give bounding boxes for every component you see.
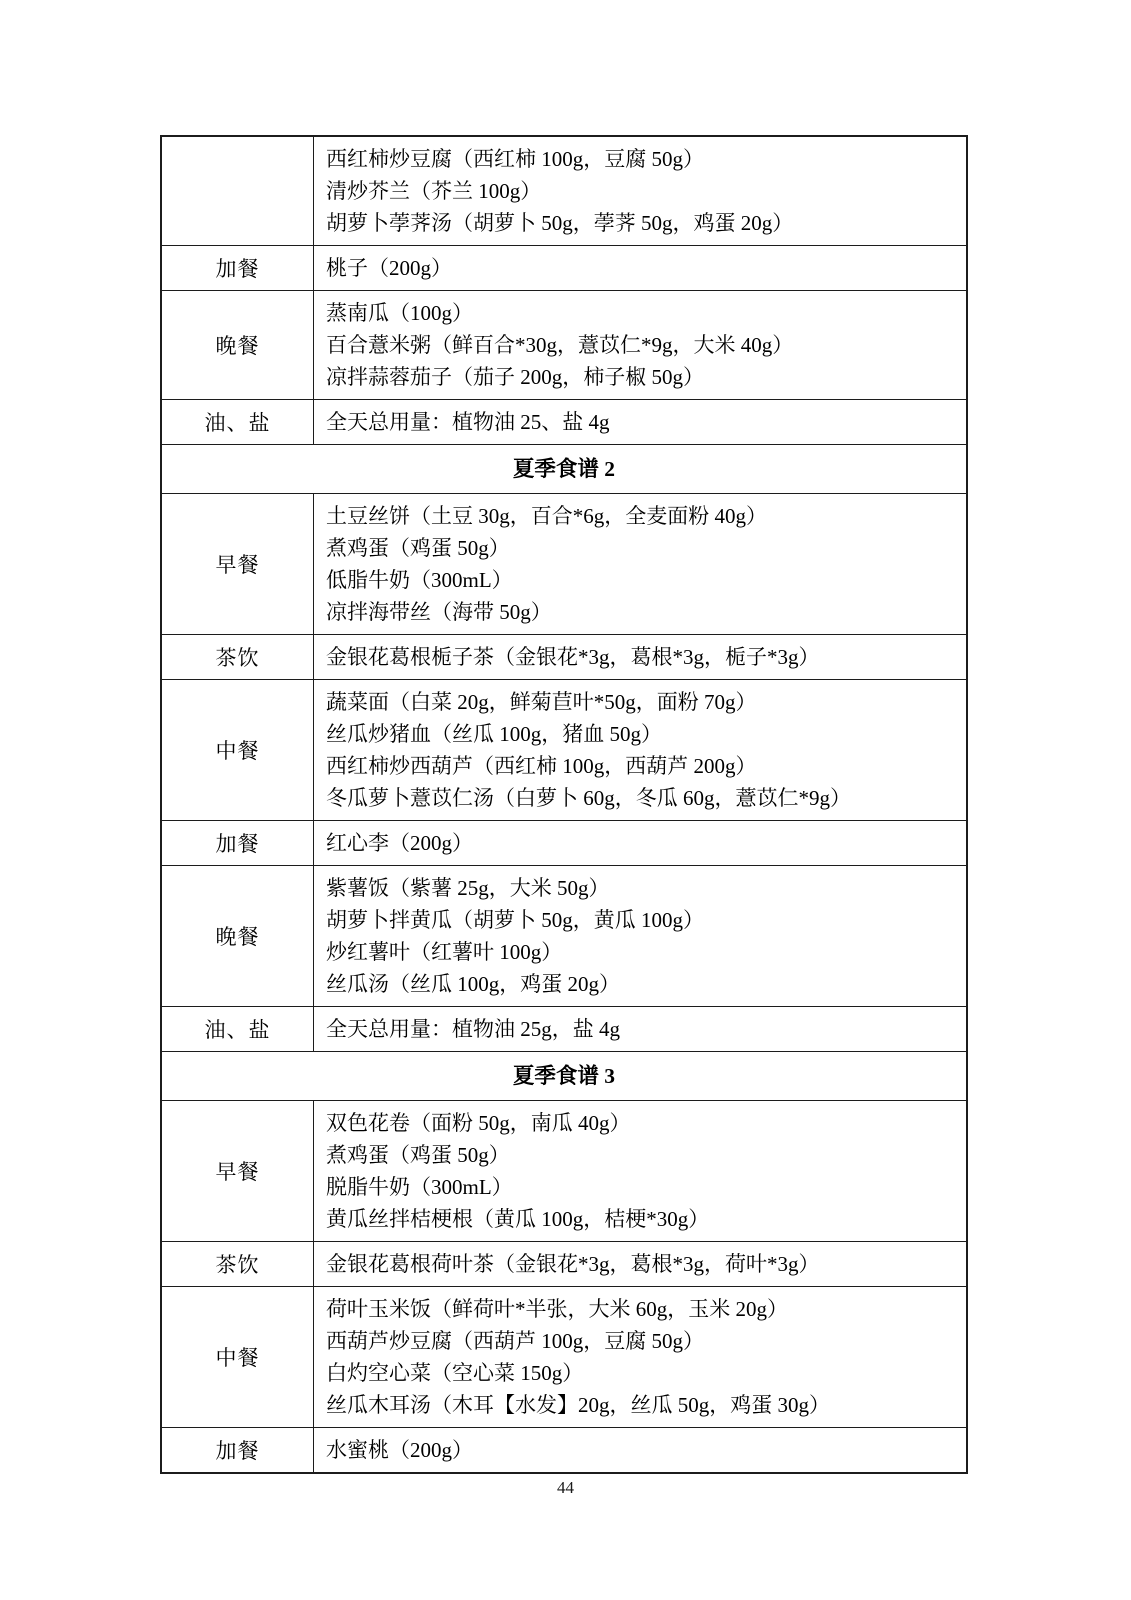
- section-header-row: 夏季食谱 3: [161, 1052, 967, 1101]
- table-row: 西红柿炒豆腐（西红柿 100g，豆腐 50g）清炒芥兰（芥兰 100g）胡萝卜荸…: [161, 136, 967, 246]
- meal-label: 加餐: [161, 821, 314, 866]
- meal-label: 加餐: [161, 1428, 314, 1474]
- meal-items: 紫薯饭（紫薯 25g，大米 50g）胡萝卜拌黄瓜（胡萝卜 50g，黄瓜 100g…: [314, 866, 968, 1007]
- document-page: 西红柿炒豆腐（西红柿 100g，豆腐 50g）清炒芥兰（芥兰 100g）胡萝卜荸…: [0, 0, 1131, 1600]
- table-row: 茶饮金银花葛根栀子茶（金银花*3g，葛根*3g，栀子*3g）: [161, 635, 967, 680]
- meal-label: [161, 136, 314, 246]
- dish-item: 丝瓜汤（丝瓜 100g，鸡蛋 20g）: [326, 968, 958, 1000]
- meal-items: 西红柿炒豆腐（西红柿 100g，豆腐 50g）清炒芥兰（芥兰 100g）胡萝卜荸…: [314, 136, 968, 246]
- dish-item: 西葫芦炒豆腐（西葫芦 100g，豆腐 50g）: [326, 1325, 958, 1357]
- meal-items: 金银花葛根荷叶茶（金银花*3g，葛根*3g，荷叶*3g）: [314, 1242, 968, 1287]
- dish-item: 红心李（200g）: [326, 827, 958, 859]
- dish-item: 金银花葛根荷叶茶（金银花*3g，葛根*3g，荷叶*3g）: [326, 1248, 958, 1280]
- dish-item: 煮鸡蛋（鸡蛋 50g）: [326, 1139, 958, 1171]
- meal-items: 蔬菜面（白菜 20g，鲜菊苣叶*50g，面粉 70g）丝瓜炒猪血（丝瓜 100g…: [314, 680, 968, 821]
- meal-label: 中餐: [161, 680, 314, 821]
- dish-item: 胡萝卜荸荠汤（胡萝卜 50g，荸荠 50g，鸡蛋 20g）: [326, 207, 958, 239]
- meal-items: 全天总用量：植物油 25、盐 4g: [314, 400, 968, 445]
- meal-label: 茶饮: [161, 1242, 314, 1287]
- dish-item: 西红柿炒豆腐（西红柿 100g，豆腐 50g）: [326, 143, 958, 175]
- dish-item: 胡萝卜拌黄瓜（胡萝卜 50g，黄瓜 100g）: [326, 904, 958, 936]
- table-row: 中餐荷叶玉米饭（鲜荷叶*半张，大米 60g，玉米 20g）西葫芦炒豆腐（西葫芦 …: [161, 1287, 967, 1428]
- dish-item: 清炒芥兰（芥兰 100g）: [326, 175, 958, 207]
- table-row: 晚餐紫薯饭（紫薯 25g，大米 50g）胡萝卜拌黄瓜（胡萝卜 50g，黄瓜 10…: [161, 866, 967, 1007]
- meal-label: 中餐: [161, 1287, 314, 1428]
- dish-item: 全天总用量：植物油 25、盐 4g: [326, 406, 958, 438]
- table-row: 茶饮金银花葛根荷叶茶（金银花*3g，葛根*3g，荷叶*3g）: [161, 1242, 967, 1287]
- dish-item: 凉拌海带丝（海带 50g）: [326, 596, 958, 628]
- table-row: 加餐红心李（200g）: [161, 821, 967, 866]
- meal-items: 全天总用量：植物油 25g，盐 4g: [314, 1007, 968, 1052]
- table-row: 早餐双色花卷（面粉 50g，南瓜 40g）煮鸡蛋（鸡蛋 50g）脱脂牛奶（300…: [161, 1101, 967, 1242]
- meal-label: 早餐: [161, 494, 314, 635]
- table-row: 油、盐全天总用量：植物油 25、盐 4g: [161, 400, 967, 445]
- meal-label: 油、盐: [161, 1007, 314, 1052]
- dish-item: 双色花卷（面粉 50g，南瓜 40g）: [326, 1107, 958, 1139]
- dish-item: 黄瓜丝拌桔梗根（黄瓜 100g，桔梗*30g）: [326, 1203, 958, 1235]
- dish-item: 荷叶玉米饭（鲜荷叶*半张，大米 60g，玉米 20g）: [326, 1293, 958, 1325]
- meal-items: 土豆丝饼（土豆 30g，百合*6g，全麦面粉 40g）煮鸡蛋（鸡蛋 50g）低脂…: [314, 494, 968, 635]
- meal-label: 加餐: [161, 246, 314, 291]
- meal-label: 晚餐: [161, 866, 314, 1007]
- dish-item: 丝瓜炒猪血（丝瓜 100g，猪血 50g）: [326, 718, 958, 750]
- meal-plan-table: 西红柿炒豆腐（西红柿 100g，豆腐 50g）清炒芥兰（芥兰 100g）胡萝卜荸…: [160, 135, 968, 1474]
- dish-item: 蔬菜面（白菜 20g，鲜菊苣叶*50g，面粉 70g）: [326, 686, 958, 718]
- section-header-row: 夏季食谱 2: [161, 445, 967, 494]
- meal-items: 荷叶玉米饭（鲜荷叶*半张，大米 60g，玉米 20g）西葫芦炒豆腐（西葫芦 10…: [314, 1287, 968, 1428]
- dish-item: 煮鸡蛋（鸡蛋 50g）: [326, 532, 958, 564]
- page-number: 44: [0, 1478, 1131, 1498]
- dish-item: 丝瓜木耳汤（木耳【水发】20g，丝瓜 50g，鸡蛋 30g）: [326, 1389, 958, 1421]
- dish-item: 水蜜桃（200g）: [326, 1434, 958, 1466]
- dish-item: 蒸南瓜（100g）: [326, 297, 958, 329]
- dish-item: 西红柿炒西葫芦（西红柿 100g，西葫芦 200g）: [326, 750, 958, 782]
- dish-item: 脱脂牛奶（300mL）: [326, 1171, 958, 1203]
- dish-item: 白灼空心菜（空心菜 150g）: [326, 1357, 958, 1389]
- table-row: 晚餐蒸南瓜（100g）百合薏米粥（鲜百合*30g，薏苡仁*9g，大米 40g）凉…: [161, 291, 967, 400]
- meal-items: 蒸南瓜（100g）百合薏米粥（鲜百合*30g，薏苡仁*9g，大米 40g）凉拌蒜…: [314, 291, 968, 400]
- table-row: 油、盐全天总用量：植物油 25g，盐 4g: [161, 1007, 967, 1052]
- meal-items: 水蜜桃（200g）: [314, 1428, 968, 1474]
- meal-items: 桃子（200g）: [314, 246, 968, 291]
- season-menu-title: 夏季食谱 2: [161, 445, 967, 494]
- dish-item: 桃子（200g）: [326, 252, 958, 284]
- dish-item: 紫薯饭（紫薯 25g，大米 50g）: [326, 872, 958, 904]
- meal-items: 金银花葛根栀子茶（金银花*3g，葛根*3g，栀子*3g）: [314, 635, 968, 680]
- meal-label: 晚餐: [161, 291, 314, 400]
- dish-item: 低脂牛奶（300mL）: [326, 564, 958, 596]
- table-row: 中餐蔬菜面（白菜 20g，鲜菊苣叶*50g，面粉 70g）丝瓜炒猪血（丝瓜 10…: [161, 680, 967, 821]
- table-row: 加餐水蜜桃（200g）: [161, 1428, 967, 1474]
- dish-item: 全天总用量：植物油 25g，盐 4g: [326, 1013, 958, 1045]
- dish-item: 炒红薯叶（红薯叶 100g）: [326, 936, 958, 968]
- table-row: 早餐土豆丝饼（土豆 30g，百合*6g，全麦面粉 40g）煮鸡蛋（鸡蛋 50g）…: [161, 494, 967, 635]
- dish-item: 冬瓜萝卜薏苡仁汤（白萝卜 60g，冬瓜 60g，薏苡仁*9g）: [326, 782, 958, 814]
- meal-items: 双色花卷（面粉 50g，南瓜 40g）煮鸡蛋（鸡蛋 50g）脱脂牛奶（300mL…: [314, 1101, 968, 1242]
- meal-label: 茶饮: [161, 635, 314, 680]
- dish-item: 凉拌蒜蓉茄子（茄子 200g，柿子椒 50g）: [326, 361, 958, 393]
- dish-item: 金银花葛根栀子茶（金银花*3g，葛根*3g，栀子*3g）: [326, 641, 958, 673]
- meal-plan-table-body: 西红柿炒豆腐（西红柿 100g，豆腐 50g）清炒芥兰（芥兰 100g）胡萝卜荸…: [161, 136, 967, 1473]
- table-row: 加餐桃子（200g）: [161, 246, 967, 291]
- meal-label: 油、盐: [161, 400, 314, 445]
- dish-item: 百合薏米粥（鲜百合*30g，薏苡仁*9g，大米 40g）: [326, 329, 958, 361]
- meal-items: 红心李（200g）: [314, 821, 968, 866]
- dish-item: 土豆丝饼（土豆 30g，百合*6g，全麦面粉 40g）: [326, 500, 958, 532]
- meal-label: 早餐: [161, 1101, 314, 1242]
- season-menu-title: 夏季食谱 3: [161, 1052, 967, 1101]
